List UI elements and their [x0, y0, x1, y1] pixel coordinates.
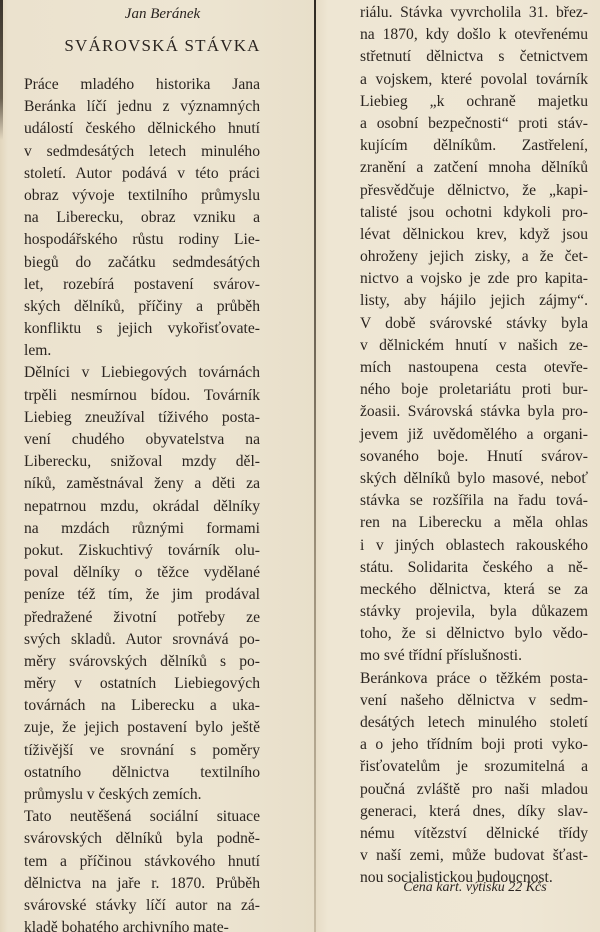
text-line: biegů do začátku sedmdesátých [24, 252, 260, 274]
text-line: a vojskem, které povolal továrník [360, 69, 588, 91]
text-line: událostí českého dělnického hnutí [24, 118, 260, 140]
text-line: vení našeho dělnictva v sedm- [360, 690, 588, 712]
text-line: měry svárovských dělníků s po- [24, 651, 260, 673]
text-line: nepatrnou mzdu, okrádal dělníky [24, 496, 260, 518]
text-line: ohroženy jejich zisky, a že čet- [360, 246, 588, 268]
text-line: měry v ostatních Liebiegových [24, 673, 260, 695]
text-line: a o jeho třídním boji proti vyko- [360, 734, 588, 756]
text-line: ostatního dělnictva textilního [24, 762, 260, 784]
text-line: ských dělníků bylo masové, neboť [360, 468, 588, 490]
text-line: státu. Solidarita českého a ně- [360, 557, 588, 579]
text-line: Liberecku, snižoval mzdy děl- [24, 451, 260, 473]
text-line: Liebieg „k ochraně majetku [360, 91, 588, 113]
text-line: kujícím dělníkům. Zastřelení, [360, 135, 588, 157]
text-line: zranění a zatčení mnoha dělníků [360, 157, 588, 179]
text-line: trpěli nesmírnou bídou. Továrník [24, 385, 260, 407]
text-line: obraz vývoje textilního průmyslu [24, 185, 260, 207]
text-line: století. Autor podává v této práci [24, 163, 260, 185]
text-line: Beránkova práce o těžkém posta- [360, 668, 588, 690]
text-line: továrnách na Liberecku a uka- [24, 695, 260, 717]
text-line: kladě bohatého archivního mate- [24, 917, 260, 932]
text-line: poučná zvláště pro naši mladou [360, 779, 588, 801]
text-line: přesvědčuje dělnictvo, že „kapi- [360, 180, 588, 202]
text-line: tíživější ve srovnání s poměry [24, 740, 260, 762]
text-line: Práce mladého historika Jana [24, 74, 260, 96]
text-line: pokut. Ziskuchtivý továrník olu- [24, 540, 260, 562]
text-line: na mzdách různými formami [24, 518, 260, 540]
text-line: níků, zaměstnával ženy a děti za [24, 473, 260, 495]
text-line: riálu. Stávka vyvrcholila 31. břez- [360, 2, 588, 24]
text-line: ného boje proletariátu proti bur- [360, 379, 588, 401]
text-line: desátých letech minulého století [360, 712, 588, 734]
text-line: jevem již uvědomělého a organi- [360, 424, 588, 446]
price-note: Cena kart. výtisku 22 Kčs [370, 880, 580, 896]
text-line: Dělníci v Liebiegových továrnách [24, 362, 260, 384]
text-line: v dělnickém hnutí v našich ze- [360, 335, 588, 357]
text-line: Liebieg zneužíval tíživého posta- [24, 407, 260, 429]
text-line: Tato neutěšená sociální situace [24, 806, 260, 828]
text-line: konfliktu s jejich vykořisťovate- [24, 318, 260, 340]
text-line: hospodářského růstu rodiny Lie- [24, 229, 260, 251]
text-line: meckého dělnictva, která se za [360, 579, 588, 601]
text-line: v naší zemi, může budovat šťast- [360, 845, 588, 867]
text-line: let, rozebírá postavení svárov- [24, 274, 260, 296]
text-line: ských dělníků, příčiny a průběh [24, 296, 260, 318]
text-line: V době svárovské stávky byla [360, 313, 588, 335]
text-line: žoasii. Svárovská stávka byla pro- [360, 401, 588, 423]
text-line: poval dělníky o těžce vydělané [24, 562, 260, 584]
text-line: předražené životní potřeby ze [24, 607, 260, 629]
text-line: mích nastoupena cesta otevře- [360, 357, 588, 379]
text-line: řisťovatelům je srozumitelná a [360, 756, 588, 778]
text-line: svárovských dělníků byla podně- [24, 828, 260, 850]
text-line: generaci, která dnes, díky slav- [360, 801, 588, 823]
text-line: toho, že si dělnictvo bylo vědo- [360, 623, 588, 645]
page-fold-line [314, 0, 316, 932]
text-line: listy, aby hájilo jejich zájmy“. [360, 290, 588, 312]
text-line: lem. [24, 340, 260, 362]
text-line: tem a příčinou stávkového hnutí [24, 851, 260, 873]
text-line: svárovské stávky líčí autor na zá- [24, 895, 260, 917]
text-line: na 1870, kdy došlo k otevřenému [360, 24, 588, 46]
text-line: střetnutí dělnictva s četnictvem [360, 46, 588, 68]
text-line: v sedmdesátých letech minulého [24, 141, 260, 163]
text-line: stávky projevila, byla důkazem [360, 601, 588, 623]
text-line: mo své třídní příslušnosti. [360, 645, 588, 667]
text-line: Beránka líčí jednu z významných [24, 96, 260, 118]
text-line: peníze též tím, že jim prodával [24, 584, 260, 606]
text-line: talisté jsou ochotni kdykoli pro- [360, 202, 588, 224]
author-name: Jan Beránek [0, 6, 315, 23]
text-line: ren na Liberecku a měla ohlas [360, 512, 588, 534]
text-line: vení chudého obyvatelstva na [24, 429, 260, 451]
text-line: průmyslu v českých zemích. [24, 784, 260, 806]
text-line: a osobní bezpečnosti“ proti stáv- [360, 113, 588, 135]
left-text-column: Práce mladého historika JanaBeránka líčí… [24, 74, 260, 932]
text-line: nictvo a vojsko je zde pro kapita- [360, 268, 588, 290]
text-line: sovaného boje. Hnutí svárov- [360, 446, 588, 468]
text-line: svých skladů. Autor srovnává po- [24, 629, 260, 651]
text-line: stávka se rozšířila na řadu tová- [360, 490, 588, 512]
text-line: na Liberecku, obraz vzniku a [24, 207, 260, 229]
text-line: nému vítězství dělnické třídy [360, 823, 588, 845]
text-line: i v jiných oblastech rakouského [360, 535, 588, 557]
text-line: dělnictva na jaře r. 1870. Průběh [24, 873, 260, 895]
text-line: lévat dělnickou krev, když jsou [360, 224, 588, 246]
document-title: SVÁROVSKÁ STÁVKA [0, 36, 315, 56]
text-line: zuje, že jejich postavení bylo ještě [24, 717, 260, 739]
right-text-column: riálu. Stávka vyvrcholila 31. břez-na 18… [360, 2, 588, 890]
